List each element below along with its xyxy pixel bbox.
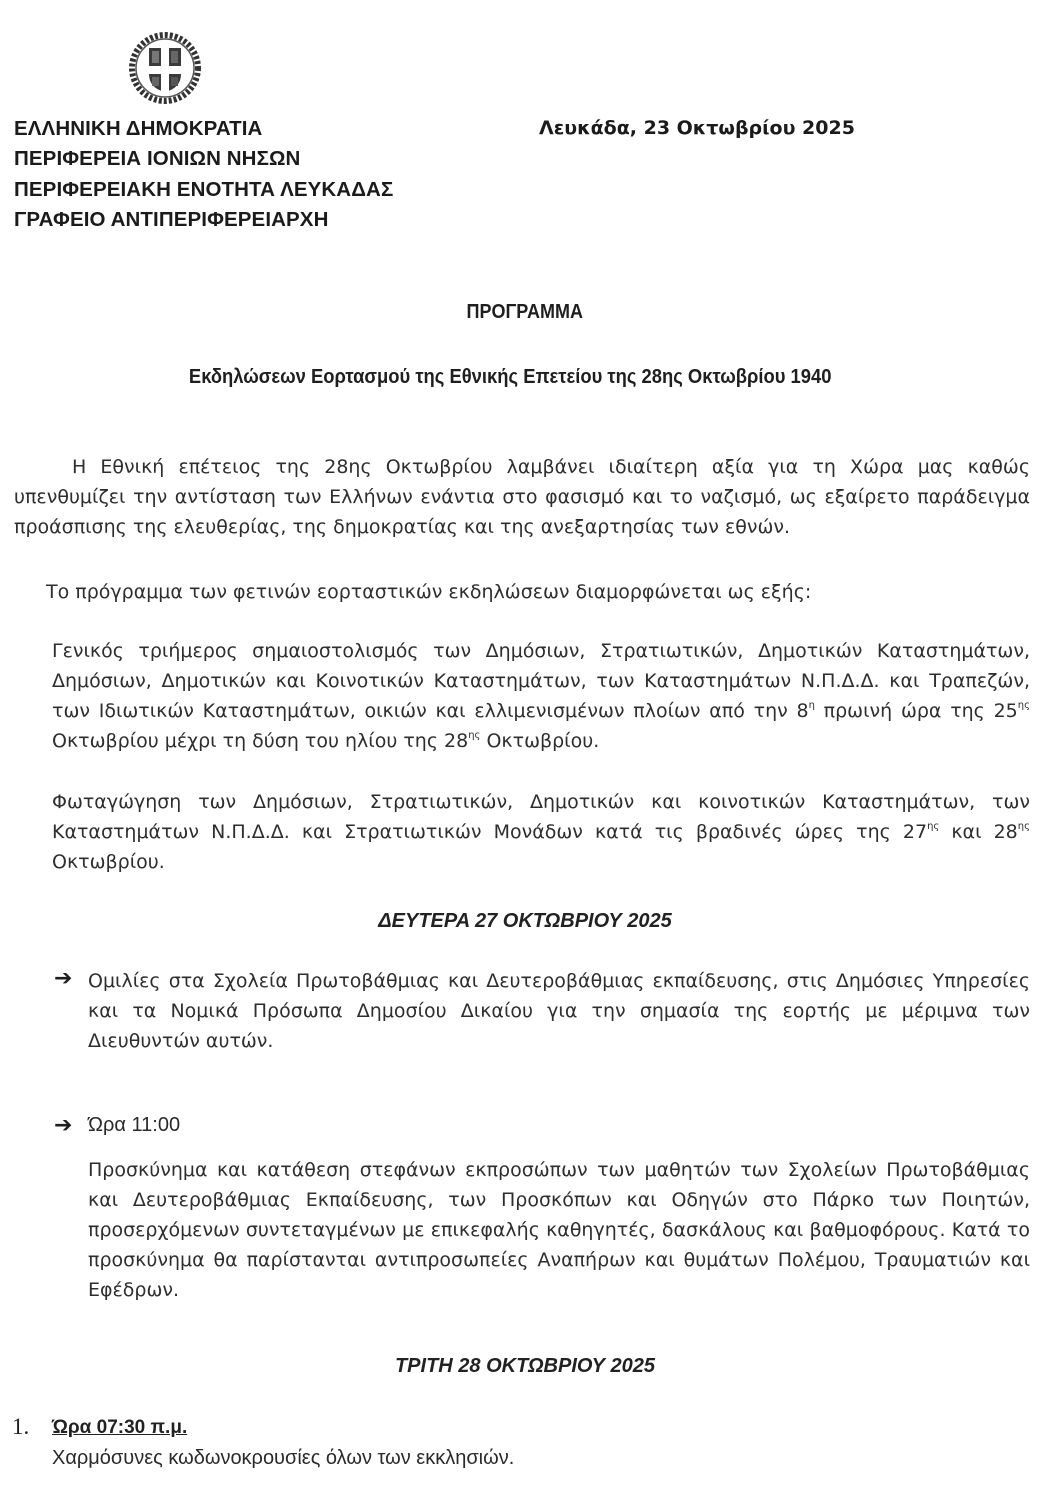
document-subtitle-text: Εκδηλώσεων Εορτασμού της Εθνικής Επετείο…: [189, 366, 832, 389]
tuesday-item-time: Ώρα 07:30 π.μ.: [52, 1417, 187, 1439]
document-title: ΠΡΟΓΡΑΜΜΑ: [0, 301, 1060, 324]
header-line-republic: ΕΛΛΗΝΙΚΗ ΔΗΜΟΚΡΑΤΙΑ: [14, 117, 262, 141]
greek-coat-of-arms-icon: [127, 30, 203, 106]
document-title-text: ΠΡΟΓΡΑΜΜΑ: [467, 301, 583, 324]
flags-sup-3: ης: [468, 730, 480, 741]
tuesday-item-number: 1.: [12, 1414, 29, 1440]
lighting-paragraph: Φωταγώγηση των Δημόσιων, Στρατιωτικών, Δ…: [52, 787, 1030, 877]
flags-text-4: Οκτωβρίου.: [480, 730, 599, 752]
flags-text-3: Οκτωβρίου μέχρι τη δύση του ηλίου της 28: [52, 730, 468, 752]
flags-sup-2: ης: [1018, 700, 1030, 711]
lighting-text-1: Φωταγώγηση των Δημόσιων, Στρατιωτικών, Δ…: [52, 791, 1030, 843]
tuesday-item-bells: Χαρμόσυνες κωδωνοκρουσίες όλων των εκκλη…: [52, 1447, 514, 1470]
arrow-right-icon: ➔: [54, 1113, 72, 1138]
lighting-text-3: Οκτωβρίου.: [52, 851, 165, 873]
header-line-office: ΓΡΑΦΕΙΟ ΑΝΤΙΠΕΡΙΦΕΡΕΙΑΡΧΗ: [14, 208, 328, 232]
flags-sup-1: η: [809, 700, 815, 711]
arrow-right-icon: ➔: [54, 966, 72, 991]
monday-item-wreath-laying: Προσκύνημα και κατάθεση στεφάνων εκπροσώ…: [88, 1155, 1030, 1305]
lighting-sup-2: ης: [1018, 821, 1030, 832]
document-date: Λευκάδα, 23 Οκτωβρίου 2025: [539, 117, 855, 139]
flags-text-2: πρωινή ώρα της 25: [815, 700, 1018, 722]
tuesday-heading-text: ΤΡΙΤΗ 28 ΟΚΤΩΒΡΙΟΥ 2025: [395, 1355, 655, 1378]
tuesday-heading: ΤΡΙΤΗ 28 ΟΚΤΩΒΡΙΟΥ 2025: [0, 1355, 1060, 1378]
lighting-text-2: και 28: [939, 821, 1018, 843]
lighting-sup-1: ης: [927, 821, 939, 832]
document-subtitle: Εκδηλώσεων Εορτασμού της Εθνικής Επετείο…: [0, 366, 1060, 389]
monday-item-time: Ώρα 11:00: [88, 1114, 180, 1137]
intro-paragraph: Η Εθνική επέτειος της 28ης Οκτωβρίου λαμ…: [14, 452, 1030, 542]
monday-item-speeches: Ομιλίες στα Σχολεία Πρωτοβάθμιας και Δευ…: [88, 966, 1030, 1056]
monday-heading-text: ΔΕΥΤΕΡΑ 27 ΟΚΤΩΒΡΙΟΥ 2025: [378, 910, 672, 933]
header-line-region: ΠΕΡΙΦΕΡΕΙΑ ΙΟΝΙΩΝ ΝΗΣΩΝ: [14, 147, 300, 171]
flag-decoration-paragraph: Γενικός τριήμερος σημαιοστολισμός των Δη…: [52, 636, 1030, 756]
header-line-regional-unit: ΠΕΡΙΦΕΡΕΙΑΚΗ ΕΝΟΤΗΤΑ ΛΕΥΚΑΔΑΣ: [14, 178, 393, 202]
monday-heading: ΔΕΥΤΕΡΑ 27 ΟΚΤΩΒΡΙΟΥ 2025: [0, 910, 1060, 933]
program-intro-line: Το πρόγραμμα των φετινών εορταστικών εκδ…: [46, 577, 1006, 607]
